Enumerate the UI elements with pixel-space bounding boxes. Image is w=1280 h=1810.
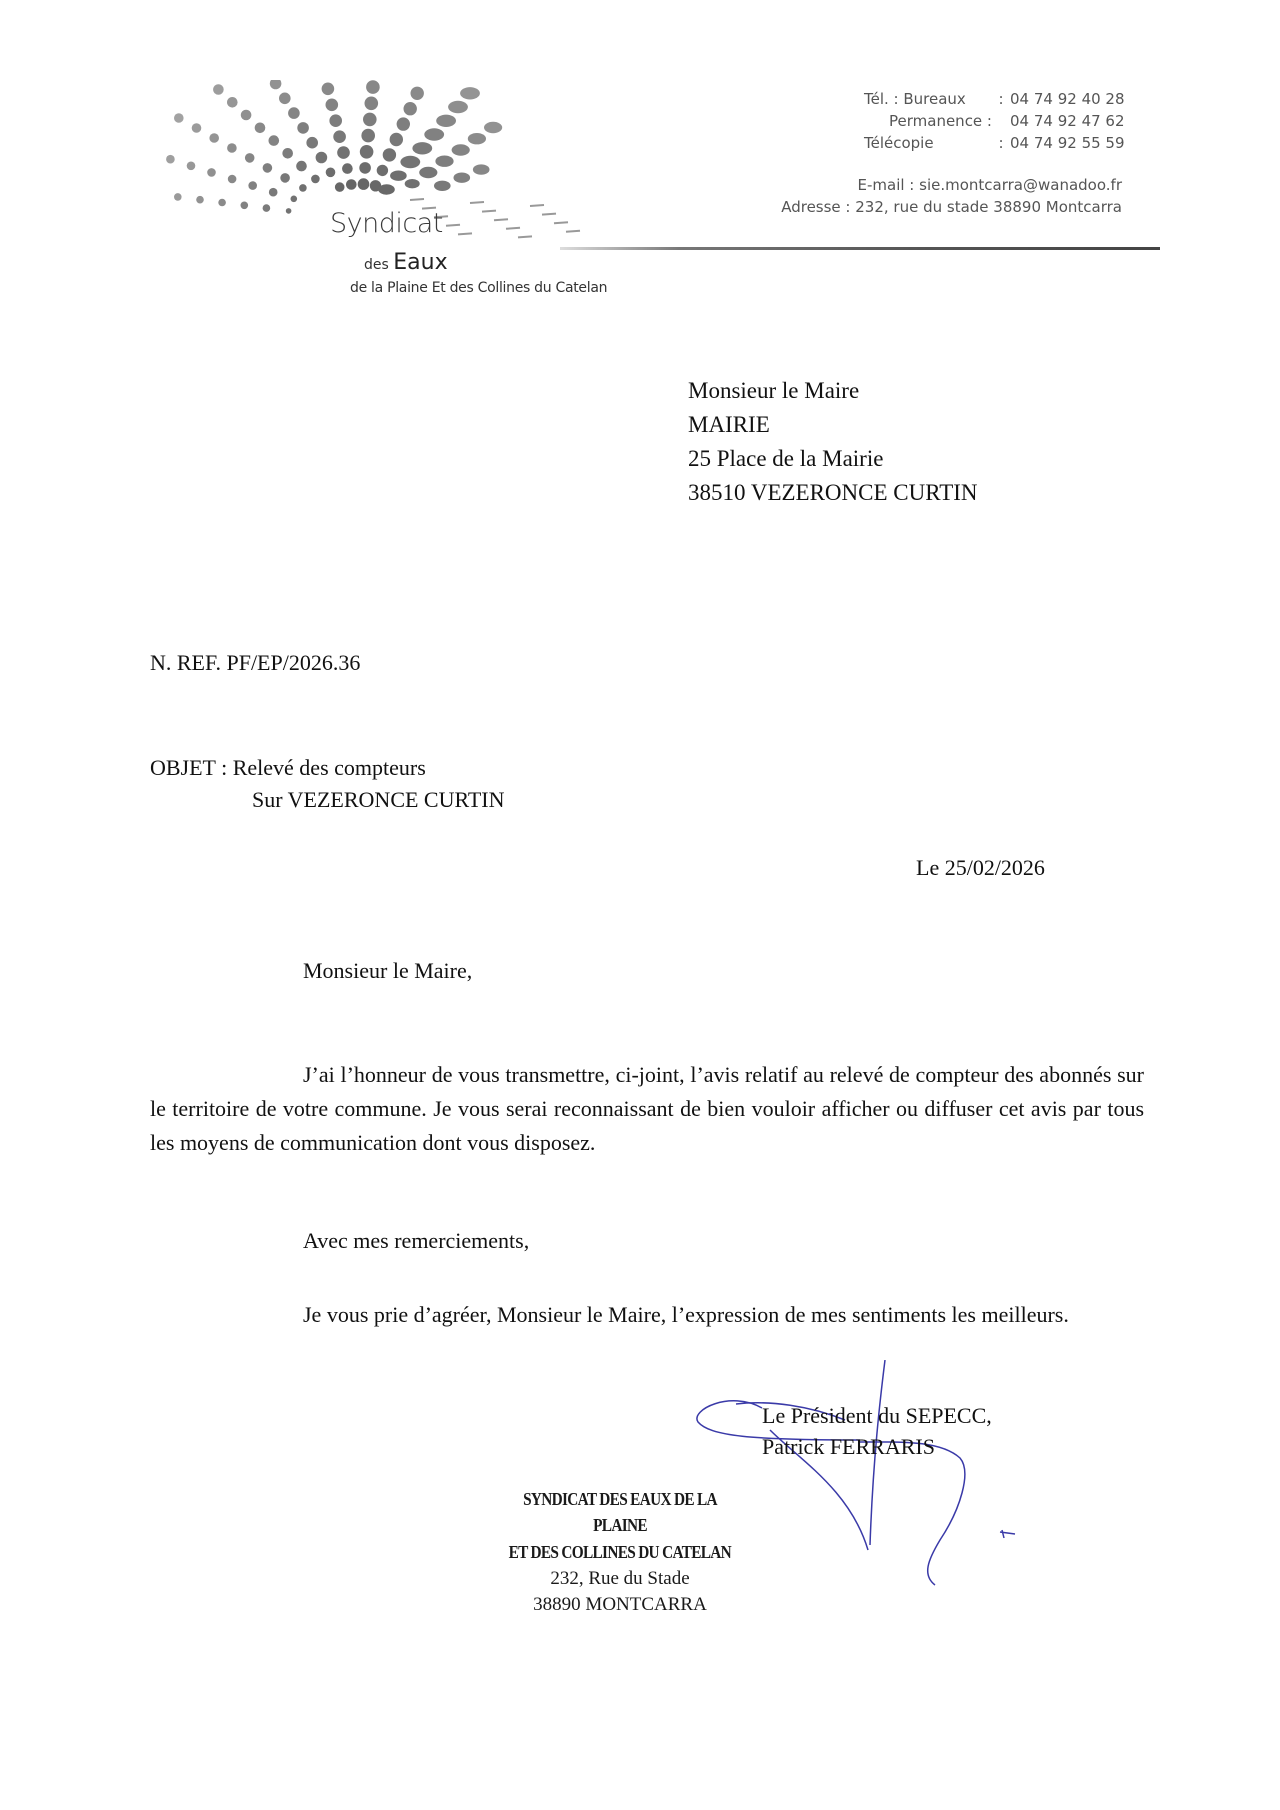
signatory-block: Le Président du SEPECC, Patrick FERRARIS	[762, 1400, 992, 1462]
body-paragraph: J’ai l’honneur de vous transmettre, ci-j…	[150, 1058, 1144, 1160]
recipient-address: Monsieur le Maire MAIRIE 25 Place de la …	[688, 374, 978, 510]
tel-bureaux-value: 04 74 92 40 28	[1010, 88, 1122, 110]
separator: :	[992, 88, 1010, 110]
letter-date: Le 25/02/2026	[916, 855, 1045, 881]
separator: :	[992, 132, 1010, 154]
address-label: Adresse :	[781, 198, 850, 216]
thanks-line: Avec mes remerciements,	[303, 1228, 529, 1254]
contact-address: Adresse : 232, rue du stade 38890 Montca…	[781, 196, 1122, 218]
permanence-value: 04 74 92 47 62	[1010, 110, 1122, 132]
recipient-line: Monsieur le Maire	[688, 374, 978, 408]
contact-telecopie: Télécopie : 04 74 92 55 59	[781, 132, 1122, 154]
logo-subtitle: des Eaux	[364, 250, 448, 275]
subject-prefix: Sur	[252, 787, 283, 812]
contact-block: Tél. : Bureaux : 04 74 92 40 28 Permanen…	[781, 88, 1122, 218]
recipient-line: 38510 VEZERONCE CURTIN	[688, 476, 978, 510]
stamp-line: ET DES COLLINES DU CATELAN	[509, 1539, 731, 1565]
header-divider	[560, 247, 1160, 250]
separator-spacer	[992, 110, 1010, 132]
tel-bureaux-label: Tél. : Bureaux	[864, 88, 992, 110]
telecopie-label: Télécopie	[864, 132, 992, 154]
contact-permanence: Permanence : 04 74 92 47 62	[781, 110, 1122, 132]
salutation: Monsieur le Maire,	[303, 958, 472, 984]
signatory-name: Patrick FERRARIS	[762, 1431, 992, 1462]
subject: OBJET : Relevé des compteurs Sur VEZERON…	[150, 752, 505, 816]
organization-stamp: SYNDICAT DES EAUX DE LA PLAINE ET DES CO…	[480, 1486, 760, 1618]
logo-title: Syndicat	[330, 208, 443, 239]
subject-label: OBJET :	[150, 755, 227, 780]
stamp-line: SYNDICAT DES EAUX DE LA PLAINE	[501, 1486, 739, 1538]
contact-tel-bureaux: Tél. : Bureaux : 04 74 92 40 28	[781, 88, 1122, 110]
stamp-line: 38890 MONTCARRA	[480, 1592, 760, 1618]
address-value: 232, rue du stade 38890 Montcarra	[855, 198, 1122, 216]
reference-number: N. REF. PF/EP/2026.36	[150, 650, 360, 676]
subject-text: Relevé des compteurs	[233, 755, 426, 780]
closing-formula: Je vous prie d’agréer, Monsieur le Maire…	[150, 1298, 1118, 1332]
logo-eaux: Eaux	[393, 250, 447, 275]
signatory-title: Le Président du SEPECC,	[762, 1400, 992, 1431]
permanence-label: Permanence :	[864, 110, 992, 132]
email-label: E-mail :	[858, 176, 915, 194]
contact-email: E-mail : sie.montcarra@wanadoo.fr	[781, 174, 1122, 196]
logo-des-prefix: des	[364, 257, 389, 273]
stamp-line: 232, Rue du Stade	[480, 1566, 760, 1592]
subject-place: VEZERONCE CURTIN	[288, 787, 505, 812]
recipient-line: 25 Place de la Mairie	[688, 442, 978, 476]
email-value: sie.montcarra@wanadoo.fr	[919, 176, 1122, 194]
letter-body: J’ai l’honneur de vous transmettre, ci-j…	[150, 1058, 1144, 1160]
recipient-line: MAIRIE	[688, 408, 978, 442]
telecopie-value: 04 74 92 55 59	[1010, 132, 1122, 154]
logo-tagline: de la Plaine Et des Collines du Catelan	[350, 280, 607, 296]
organization-logo: Syndicat des Eaux de la Plaine Et des Co…	[160, 80, 610, 320]
closing-paragraph: Je vous prie d’agréer, Monsieur le Maire…	[150, 1298, 1118, 1332]
